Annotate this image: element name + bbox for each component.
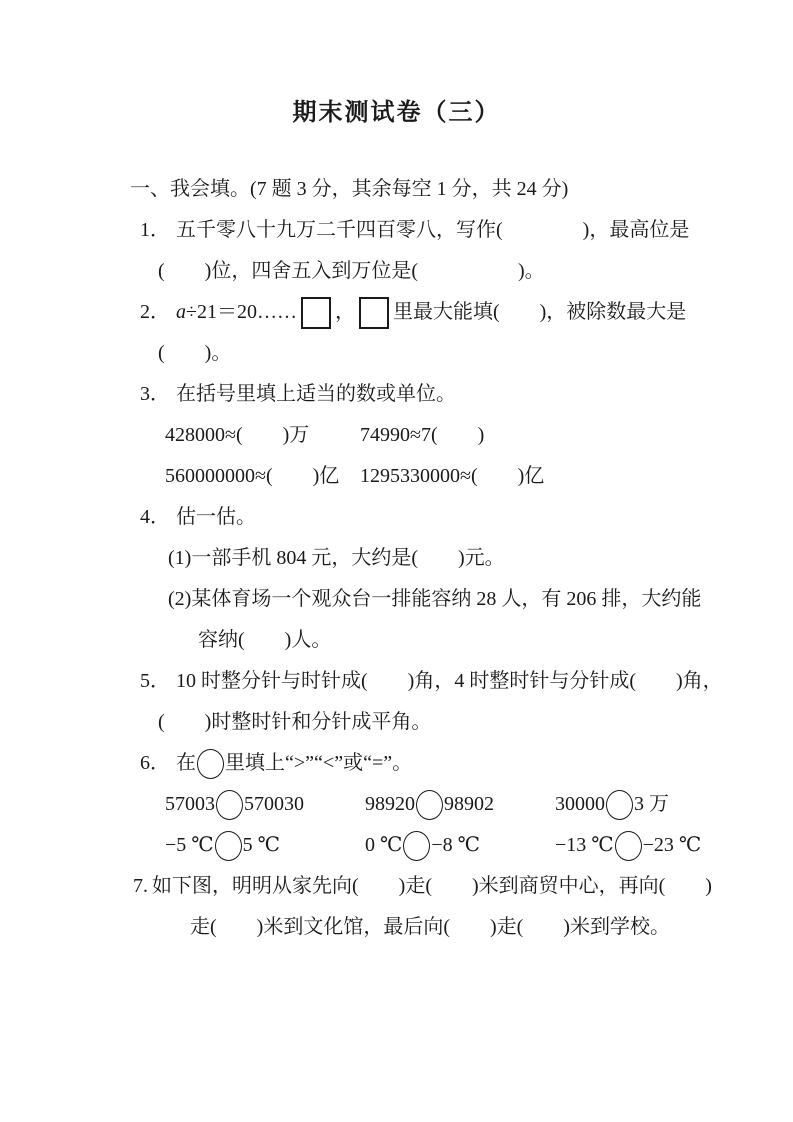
q4-item2-text-continued: 容纳( )人。 xyxy=(198,629,331,651)
question-3-row-1: 428000≈( )万74990≈7( ) xyxy=(165,415,753,456)
q5-number: 5． xyxy=(140,670,170,692)
q3-blank-item: 428000≈( )万 xyxy=(165,415,360,456)
question-1-line-1: 1．五千零八十九万二千四百零八，写作( )，最高位是 xyxy=(140,210,753,251)
question-4-item-2: (2)某体育场一个观众台一排能容纳 28 人，有 206 排，大约能 xyxy=(168,579,753,620)
comparison-circle xyxy=(216,790,243,820)
exam-title: 期末测试卷（三） xyxy=(0,0,793,129)
question-5-line-2: ( )时整时针和分针成平角。 xyxy=(158,702,753,743)
answer-box xyxy=(359,297,389,329)
section-heading: 一、我会填。(7 题 3 分，其余每空 1 分，共 24 分) xyxy=(130,169,753,210)
comparison-pair: 0 ℃−8 ℃ xyxy=(365,825,555,866)
q2-equation: ÷21＝20…… xyxy=(186,301,297,323)
q2-text: 里最大能填( )，被除数最大是 xyxy=(393,301,686,323)
q3-blank-item: 1295330000≈( )亿 xyxy=(360,465,544,487)
q4-text: 估一估。 xyxy=(176,506,256,528)
q7-text-continued: 走( )米到文化馆，最后向( )走( )米到学校。 xyxy=(190,916,670,938)
q1-number: 1． xyxy=(140,219,170,241)
compare-right-value: −23 ℃ xyxy=(643,834,702,856)
question-1-line-2: ( )位，四舍五入到万位是( )。 xyxy=(158,251,753,292)
question-3-row-2: 560000000≈( )亿1295330000≈( )亿 xyxy=(165,456,753,497)
answer-box xyxy=(301,297,331,329)
comparison-circle xyxy=(197,749,224,779)
compare-left-value: 57003 xyxy=(165,793,215,815)
section-fill-in: 一、我会填。(7 题 3 分，其余每空 1 分，共 24 分) 1．五千零八十九… xyxy=(0,169,793,948)
q3-text: 在括号里填上适当的数或单位。 xyxy=(176,383,456,405)
comparison-circle xyxy=(215,831,242,861)
comparison-circle xyxy=(403,831,430,861)
question-4-item-2-continued: 容纳( )人。 xyxy=(198,620,753,661)
question-2-line-2: ( )。 xyxy=(158,333,753,374)
question-7-line-2: 走( )米到文化馆，最后向( )走( )米到学校。 xyxy=(190,907,753,948)
compare-left-value: 30000 xyxy=(555,793,605,815)
compare-right-value: −8 ℃ xyxy=(431,834,480,856)
q2-variable: a xyxy=(176,301,186,323)
compare-right-value: 3 万 xyxy=(634,793,669,815)
q2-comma: ， xyxy=(335,301,355,323)
q4-item2-text: (2)某体育场一个观众台一排能容纳 28 人，有 206 排，大约能 xyxy=(168,588,701,610)
question-6-line-1: 6．在里填上“>”“<”或“=”。 xyxy=(140,743,753,784)
compare-left-value: 98920 xyxy=(365,793,415,815)
question-6-row-2: −5 ℃5 ℃0 ℃−8 ℃−13 ℃−23 ℃ xyxy=(165,825,753,866)
q3-blank-item: 74990≈7( ) xyxy=(360,424,484,446)
q4-item1-text: (1)一部手机 804 元，大约是( )元。 xyxy=(168,547,505,569)
question-7-line-1: 7.如下图，明明从家先向( )走( )米到商贸中心，再向( ) xyxy=(133,866,753,907)
q6-number: 6． xyxy=(140,752,170,774)
compare-left-value: −13 ℃ xyxy=(555,834,614,856)
question-4-item-1: (1)一部手机 804 元，大约是( )元。 xyxy=(168,538,753,579)
compare-right-value: 98902 xyxy=(444,793,494,815)
q4-number: 4． xyxy=(140,506,170,528)
q2-number: 2． xyxy=(140,301,170,323)
comparison-pair: −5 ℃5 ℃ xyxy=(165,825,365,866)
q2-text-continued: ( )。 xyxy=(158,342,231,364)
q6-text-pre: 在 xyxy=(176,752,196,774)
comparison-pair: 57003570030 xyxy=(165,784,365,825)
question-3-line-1: 3．在括号里填上适当的数或单位。 xyxy=(140,374,753,415)
question-2-line-1: 2．a÷21＝20……，里最大能填( )，被除数最大是 xyxy=(140,292,753,333)
q5-text: 10 时整分针与时针成( )角，4 时整时针与分针成( )角， xyxy=(176,670,723,692)
question-5-line-1: 5．10 时整分针与时针成( )角，4 时整时针与分针成( )角， xyxy=(140,661,753,702)
comparison-pair: 300003 万 xyxy=(555,784,669,825)
exam-page: 期末测试卷（三） 一、我会填。(7 题 3 分，其余每空 1 分，共 24 分)… xyxy=(0,0,793,1122)
compare-left-value: 0 ℃ xyxy=(365,834,402,856)
question-4-line-1: 4．估一估。 xyxy=(140,497,753,538)
comparison-pair: −13 ℃−23 ℃ xyxy=(555,825,701,866)
compare-right-value: 570030 xyxy=(244,793,304,815)
q7-text: 如下图，明明从家先向( )走( )米到商贸中心，再向( ) xyxy=(152,875,712,897)
comparison-circle xyxy=(416,790,443,820)
comparison-pair: 9892098902 xyxy=(365,784,555,825)
q7-number: 7. xyxy=(133,875,148,897)
q3-blank-item: 560000000≈( )亿 xyxy=(165,456,360,497)
q3-number: 3． xyxy=(140,383,170,405)
q1-text-continued: ( )位，四舍五入到万位是( )。 xyxy=(158,260,545,282)
q1-text: 五千零八十九万二千四百零八，写作( )，最高位是 xyxy=(176,219,689,241)
compare-left-value: −5 ℃ xyxy=(165,834,214,856)
compare-right-value: 5 ℃ xyxy=(243,834,280,856)
comparison-circle xyxy=(606,790,633,820)
comparison-circle xyxy=(615,831,642,861)
q5-text-continued: ( )时整时针和分针成平角。 xyxy=(158,711,431,733)
question-6-row-1: 570035700309892098902300003 万 xyxy=(165,784,753,825)
q6-text-post: 里填上“>”“<”或“=”。 xyxy=(225,752,412,774)
